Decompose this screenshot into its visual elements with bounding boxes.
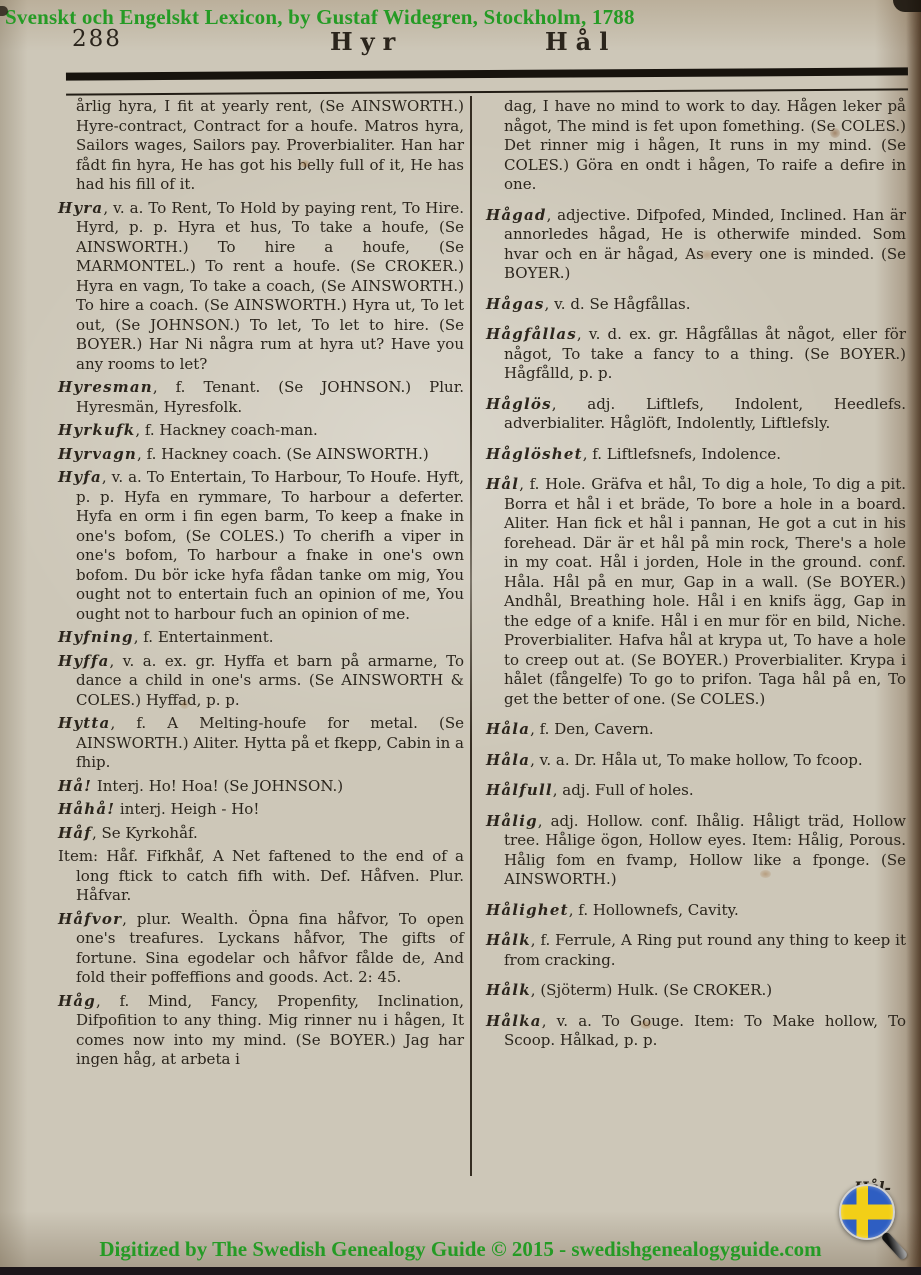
headword: Håla <box>486 720 530 738</box>
entry-text: årlig hyra, I fit at yearly rent, (Se AI… <box>76 97 464 193</box>
headword: Hål <box>486 475 519 493</box>
headword: Håf <box>58 824 92 842</box>
dictionary-entry: Hålk, f. Ferrule, A Ring put round any t… <box>486 931 906 970</box>
entry-text: Item: Håf. Fifkhåf, A Net faftened to th… <box>58 847 464 904</box>
dictionary-entry: Hålfull, adj. Full of holes. <box>486 781 906 801</box>
entry-text: , f. Mind, Fancy, Propenfity, Inclinatio… <box>76 992 464 1069</box>
entry-text: dag, I have no mind to work to day. Håge… <box>504 97 906 193</box>
dictionary-entry: Håg, f. Mind, Fancy, Propenfity, Inclina… <box>58 992 464 1070</box>
header-rule <box>66 67 908 95</box>
headword: Hå! <box>58 777 92 795</box>
entry-text: , f. Hackney coach. (Se AINSWORTH.) <box>137 445 429 463</box>
corner-mark <box>893 0 921 12</box>
headword: Hålka <box>486 1012 542 1030</box>
dictionary-entry: Hågas, v. d. Se Hågfållas. <box>486 295 906 315</box>
headword: Hyfning <box>58 628 134 646</box>
headword: Hyrkufk <box>58 421 135 439</box>
headword: Hålighet <box>486 901 569 919</box>
dictionary-entry: Hyffa, v. a. ex. gr. Hyffa et barn på ar… <box>58 652 464 711</box>
dictionary-entry: Hålighet, f. Hollownefs, Cavity. <box>486 901 906 921</box>
entry-text: , v. a. ex. gr. Hyffa et barn på armarne… <box>76 652 464 709</box>
dictionary-entry: Hågfållas, v. d. ex. gr. Hågfållas åt nå… <box>486 325 906 384</box>
headword: Hålfull <box>486 781 553 799</box>
digitization-credit: Digitized by The Swedish Genealogy Guide… <box>0 1237 921 1262</box>
dictionary-entry: Hyrkufk, f. Hackney coach-man. <box>58 421 464 441</box>
running-head-left: Hyr <box>330 27 403 56</box>
scanned-dictionary-page: Svenskt och Engelskt Lexicon, by Gustaf … <box>0 0 921 1275</box>
swedish-genealogy-guide-logo <box>834 1184 908 1260</box>
headword: Håla <box>486 751 530 769</box>
dictionary-entry: Hyra, v. a. To Rent, To Hold by paying r… <box>58 199 464 375</box>
dictionary-entry: Hågad, adjective. Difpofed, Minded, Incl… <box>486 206 906 284</box>
headword: Hågas <box>486 295 545 313</box>
headword: Håhå! <box>58 800 115 818</box>
scan-bottom-strip <box>0 1267 921 1275</box>
entry-text: interj. Heigh - Ho! <box>115 800 259 818</box>
dictionary-entry: Håla, f. Den, Cavern. <box>486 720 906 740</box>
entry-text: , adj. Liftlefs, Indolent, Heedlefs. adv… <box>504 395 906 433</box>
entry-text: , v. a. Dr. Håla ut, To make hollow, To … <box>530 751 863 769</box>
entry-text: Interj. Ho! Hoa! (Se JOHNSON.) <box>92 777 343 795</box>
headword: Hyresman <box>58 378 153 396</box>
entry-text: , v. d. Se Hågfållas. <box>545 295 691 313</box>
entry-text: , f. Hollownefs, Cavity. <box>569 901 739 919</box>
headword: Hågfållas <box>486 325 577 343</box>
entry-text: , f. Ferrule, A Ring put round any thing… <box>504 931 906 969</box>
right-column: dag, I have no mind to work to day. Håge… <box>486 97 906 1062</box>
dictionary-entry: Hytta, f. A Melting-houfe for metal. (Se… <box>58 714 464 773</box>
dictionary-entry: Håhå! interj. Heigh - Ho! <box>58 800 464 820</box>
headword: Håfvor <box>58 910 122 928</box>
entry-text: , (Sjöterm) Hulk. (Se CROKER.) <box>531 981 772 999</box>
page-number: 288 <box>72 26 122 52</box>
page-edge-shadow <box>906 0 921 1275</box>
dictionary-entry: Hålk, (Sjöterm) Hulk. (Se CROKER.) <box>486 981 906 1001</box>
dictionary-entry: Håf, Se Kyrkohåf. <box>58 824 464 844</box>
magnifier-handle-icon <box>880 1231 908 1261</box>
headword: Hyrvagn <box>58 445 137 463</box>
dictionary-entry: Hål, f. Hole. Gräfva et hål, To dig a ho… <box>486 475 906 709</box>
entry-text: , adj. Hollow. conf. Ihålig. Håligt träd… <box>504 812 906 889</box>
headword: Hålk <box>486 931 531 949</box>
headword: Hålig <box>486 812 538 830</box>
entry-text: , f. A Melting-houfe for metal. (Se AINS… <box>76 714 464 771</box>
dictionary-entry: Hyresman, f. Tenant. (Se JOHNSON.) Plur.… <box>58 378 464 417</box>
dictionary-entry: årlig hyra, I fit at yearly rent, (Se AI… <box>58 97 464 195</box>
dictionary-entry: Hyrvagn, f. Hackney coach. (Se AINSWORTH… <box>58 445 464 465</box>
headword: Håglöshet <box>486 445 583 463</box>
entry-text: , v. a. To Gouge. Item: To Make hollow, … <box>504 1012 906 1050</box>
entry-text: , Se Kyrkohåf. <box>92 824 198 842</box>
entry-text: , adjective. Difpofed, Minded, Inclined.… <box>504 206 906 283</box>
headword: Hålk <box>486 981 531 999</box>
headword: Håglös <box>486 395 552 413</box>
headword: Håg <box>58 992 96 1010</box>
headword: Hytta <box>58 714 110 732</box>
dictionary-entry: Item: Håf. Fifkhåf, A Net faftened to th… <box>58 847 464 906</box>
headword: Hyra <box>58 199 103 217</box>
entry-text: , f. Hole. Gräfva et hål, To dig a hole,… <box>504 475 906 708</box>
dictionary-entry: Håla, v. a. Dr. Håla ut, To make hollow,… <box>486 751 906 771</box>
column-divider <box>470 96 472 1176</box>
running-head-right: Hål <box>545 27 616 56</box>
dictionary-entry: Hålig, adj. Hollow. conf. Ihålig. Håligt… <box>486 812 906 890</box>
dictionary-entry: Hå! Interj. Ho! Hoa! (Se JOHNSON.) <box>58 777 464 797</box>
entry-text: , v. a. To Entertain, To Harbour, To Hou… <box>76 468 464 623</box>
dictionary-entry: Hyfa, v. a. To Entertain, To Harbour, To… <box>58 468 464 624</box>
dictionary-entry: dag, I have no mind to work to day. Håge… <box>486 97 906 195</box>
dictionary-entry: Håfvor, plur. Wealth. Öpna fina håfvor, … <box>58 910 464 988</box>
dictionary-entry: Håglöshet, f. Liftlefsnefs, Indolence. <box>486 445 906 465</box>
headword: Hyffa <box>58 652 110 670</box>
entry-text: , v. a. To Rent, To Hold by paying rent,… <box>76 199 464 373</box>
dictionary-entry: Håglös, adj. Liftlefs, Indolent, Heedlef… <box>486 395 906 434</box>
entry-text: , plur. Wealth. Öpna fina håfvor, To ope… <box>76 910 464 987</box>
left-column: årlig hyra, I fit at yearly rent, (Se AI… <box>58 97 464 1074</box>
dictionary-entry: Hyfning, f. Entertainment. <box>58 628 464 648</box>
entry-text: , f. Entertainment. <box>134 628 274 646</box>
entry-text: , f. Hackney coach-man. <box>135 421 317 439</box>
headword: Hågad <box>486 206 547 224</box>
dictionary-entry: Hålka, v. a. To Gouge. Item: To Make hol… <box>486 1012 906 1051</box>
headword: Hyfa <box>58 468 102 486</box>
entry-text: , f. Liftlefsnefs, Indolence. <box>583 445 781 463</box>
entry-text: , adj. Full of holes. <box>553 781 694 799</box>
entry-text: , f. Den, Cavern. <box>530 720 654 738</box>
